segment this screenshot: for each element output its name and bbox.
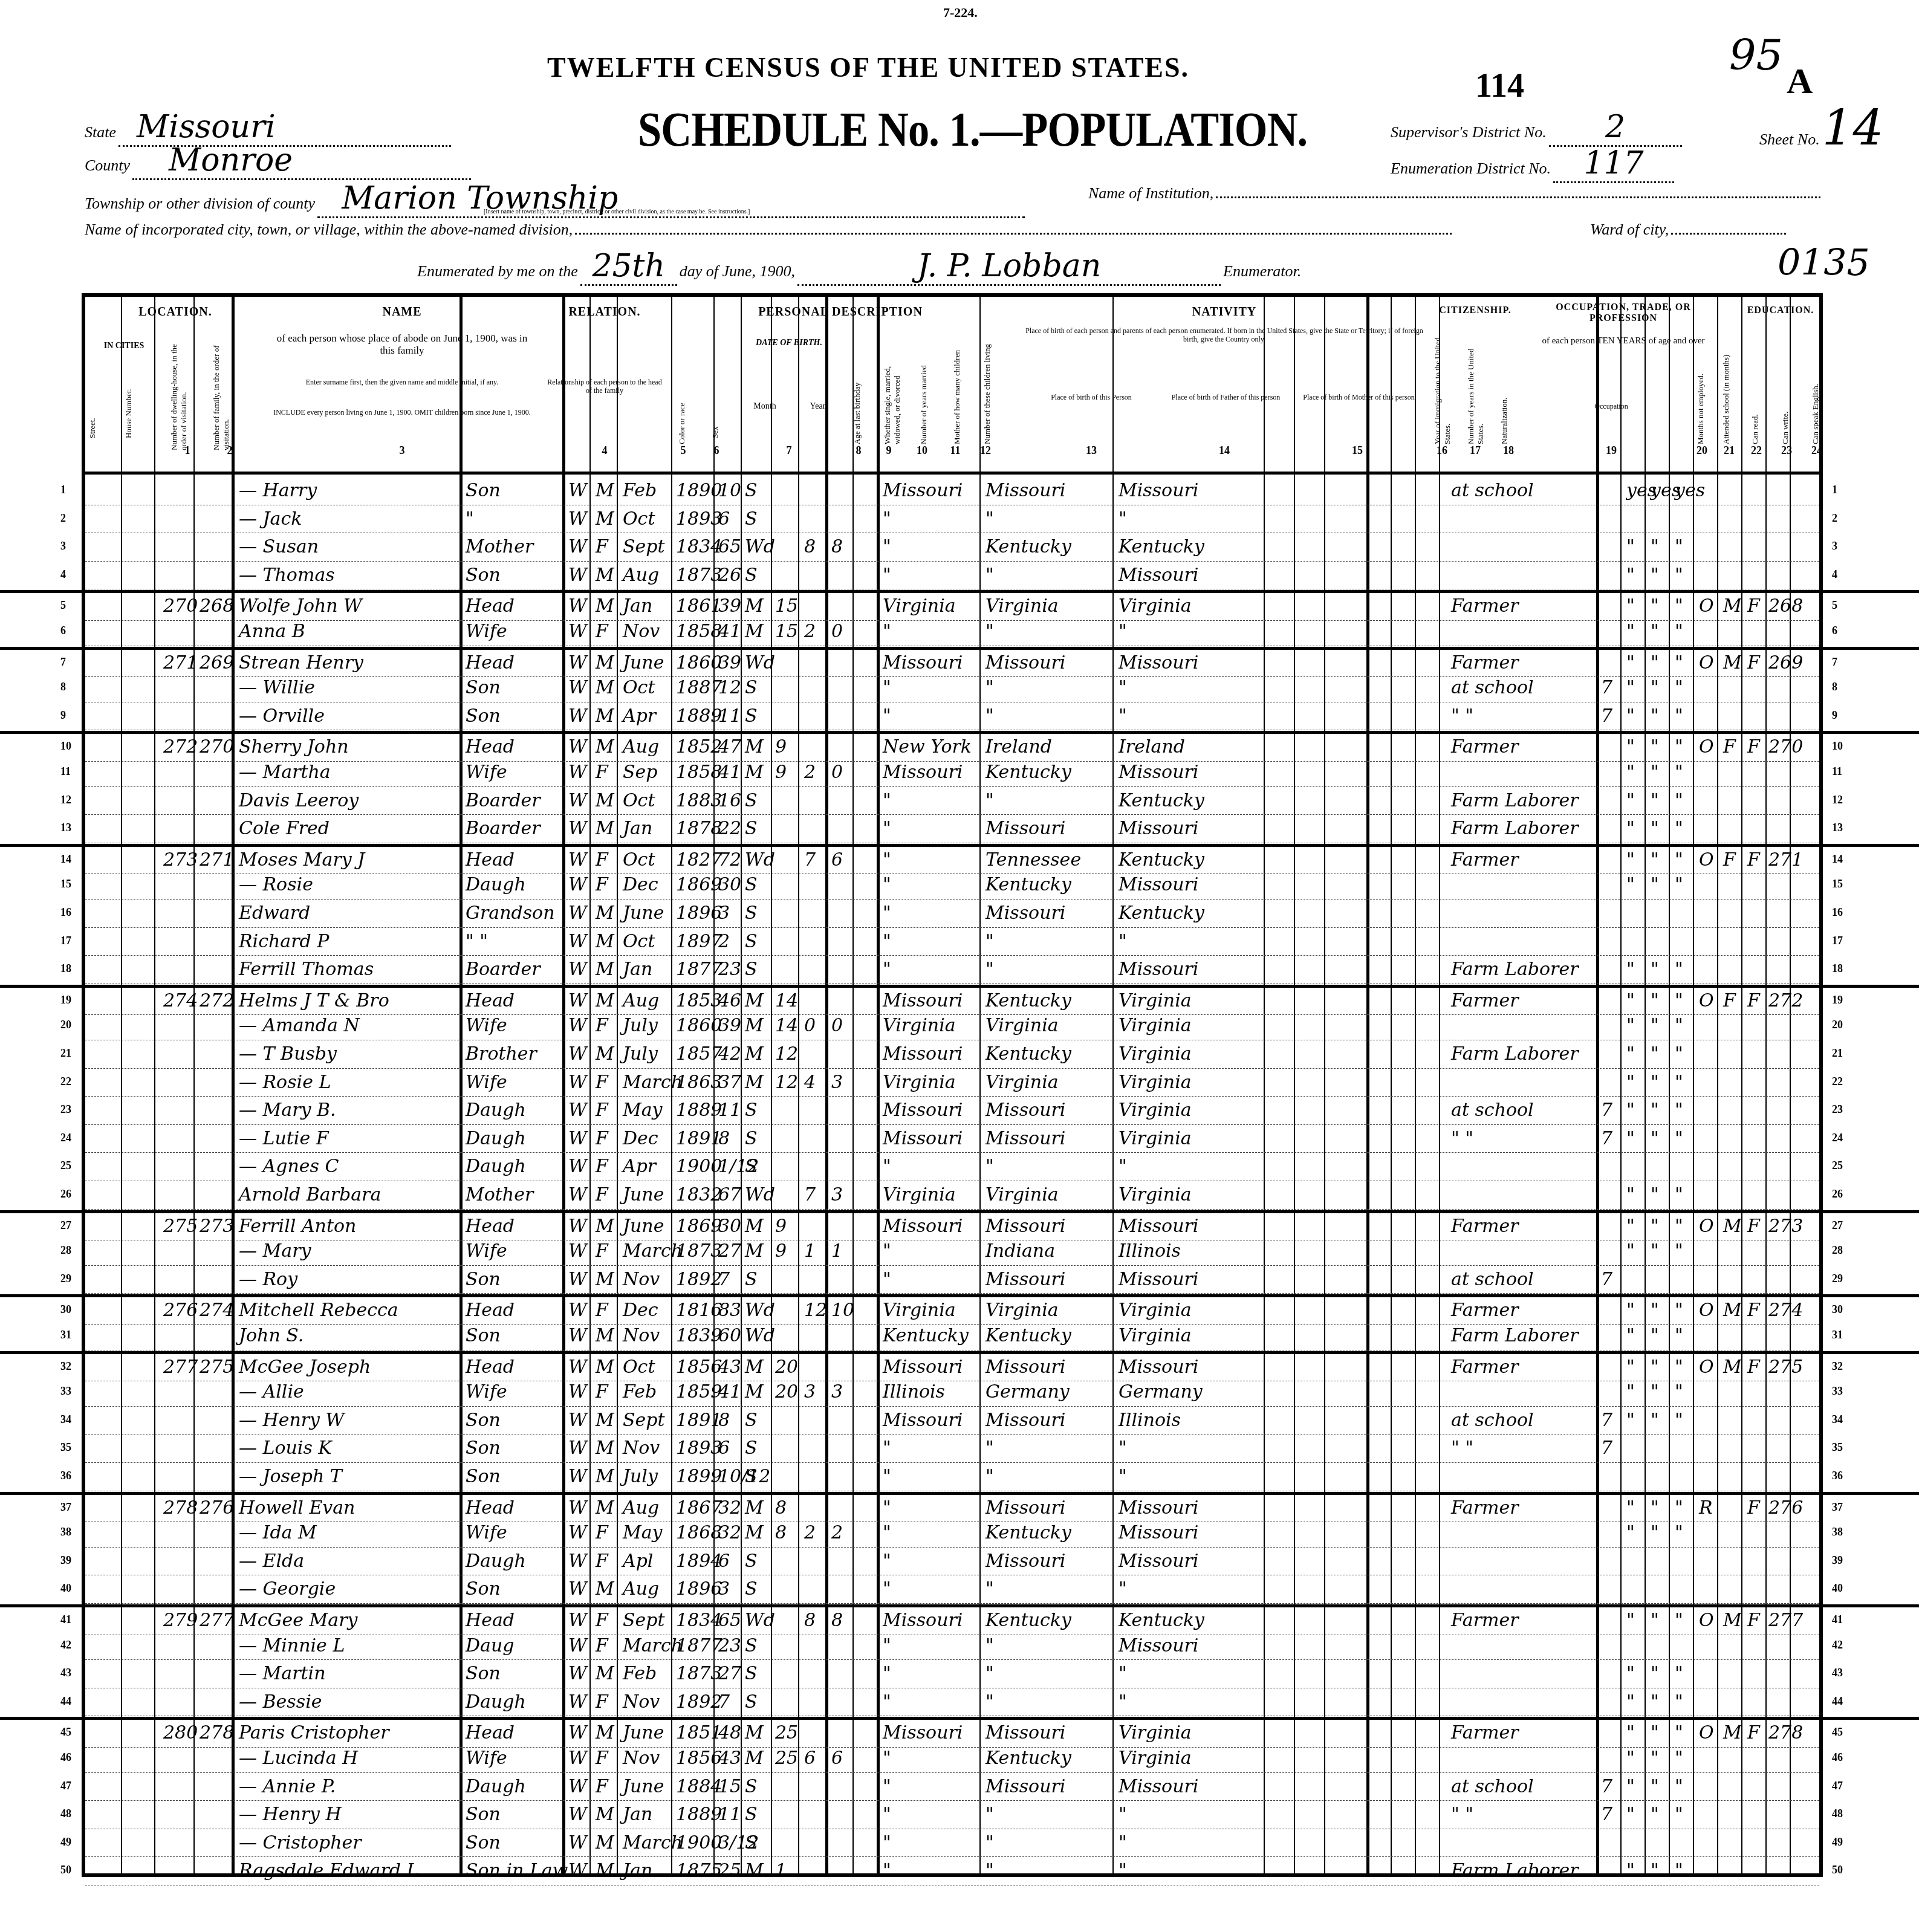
birth-month: March	[623, 1240, 683, 1262]
attended-school: 7	[1601, 705, 1612, 727]
colnum: 13	[1073, 444, 1109, 457]
birthplace-person: Virginia	[883, 1072, 956, 1093]
birth-month: Oct	[623, 1357, 655, 1378]
children-living: 0	[831, 621, 843, 642]
marital-status: M	[745, 1216, 764, 1237]
occupation: " "	[1451, 1438, 1473, 1459]
line-number-right: 27	[1832, 1219, 1843, 1232]
farm-schedule: 268	[1768, 595, 1803, 617]
years-married: 14	[775, 1015, 798, 1036]
birthplace-father: Missouri	[985, 1216, 1065, 1237]
table-row: 14273271Moses Mary JHeadWFOct182772Wd76"…	[0, 844, 1919, 875]
birthplace-mother: "	[1119, 1466, 1127, 1487]
birth-year: 1827	[676, 849, 722, 870]
can-write: "	[1651, 1860, 1659, 1881]
header-occupation-sub: Occupation	[1533, 402, 1690, 410]
line-number-right: 7	[1832, 656, 1837, 669]
can-write: "	[1651, 1015, 1659, 1036]
relation: Wife	[466, 762, 507, 783]
marital-status: Wd	[745, 1325, 775, 1346]
sex: F	[596, 621, 608, 642]
age: 2	[718, 931, 730, 952]
dwelling-number: 274	[163, 990, 198, 1011]
relation: Head	[466, 1722, 515, 1743]
marital-status: S	[745, 1663, 758, 1684]
free-mortgaged: M	[1723, 1216, 1742, 1237]
relation: Head	[466, 1216, 515, 1237]
color: W	[568, 1216, 587, 1237]
line-number: 13	[60, 822, 71, 834]
line-number-right: 16	[1832, 906, 1843, 919]
header-can-speak-english: Can speak English.	[1811, 354, 1820, 444]
birthplace-mother: "	[1119, 1156, 1127, 1177]
birthplace-father: Missouri	[985, 1497, 1065, 1519]
birth-month: Oct	[623, 677, 655, 698]
line-number: 50	[60, 1864, 71, 1876]
line-number: 5	[60, 599, 66, 612]
owned-rented: O	[1699, 990, 1714, 1011]
line-number: 2	[60, 512, 66, 525]
color: W	[568, 652, 587, 673]
birth-year: 1893	[676, 508, 722, 530]
occupation: Farm Laborer	[1451, 959, 1579, 980]
owned-rented: O	[1699, 1300, 1714, 1321]
line-number: 40	[60, 1582, 71, 1595]
enumerated-line: Enumerated by me on the 25th day of June…	[417, 248, 1301, 286]
can-read: "	[1626, 736, 1635, 757]
marital-status: Wd	[745, 652, 775, 673]
line-number-right: 29	[1832, 1272, 1843, 1285]
person-name: — Elda	[239, 1551, 304, 1572]
colnum: 1	[169, 444, 206, 457]
color: W	[568, 1722, 587, 1743]
birthplace-father: Virginia	[985, 595, 1059, 617]
marital-status: M	[745, 1240, 764, 1262]
birth-month: Aug	[623, 1497, 659, 1519]
header-house-number: House Number.	[124, 366, 134, 438]
sex: F	[596, 1156, 608, 1177]
mother-of: 2	[804, 621, 816, 642]
relation: Head	[466, 1610, 515, 1631]
farm-schedule: 278	[1768, 1722, 1803, 1743]
birthplace-father: Kentucky	[985, 1325, 1071, 1346]
relation: Head	[466, 1357, 515, 1378]
birth-year: 1889	[676, 1100, 722, 1121]
person-name: — Amanda N	[239, 1015, 360, 1036]
line-number: 46	[60, 1751, 71, 1764]
colnum: 22	[1744, 444, 1768, 457]
can-read: "	[1626, 565, 1635, 586]
birthplace-mother: Virginia	[1119, 1325, 1192, 1346]
age: 11	[718, 1100, 741, 1121]
birthplace-mother: "	[1119, 1691, 1127, 1713]
can-read: "	[1626, 1748, 1635, 1769]
can-read: "	[1626, 1240, 1635, 1262]
line-number-right: 42	[1832, 1639, 1843, 1652]
can-speak-english: "	[1675, 1804, 1683, 1825]
can-speak-english: "	[1675, 1748, 1683, 1769]
header-name: NAME	[263, 305, 541, 319]
sex: F	[596, 1551, 608, 1572]
line-number-right: 6	[1832, 624, 1837, 637]
age: 16	[718, 790, 741, 811]
colnum: 7	[771, 444, 807, 457]
table-row: 31John S.SonWMNov183960WdKentuckyKentuck…	[0, 1323, 1919, 1351]
colnum: 24	[1805, 444, 1829, 457]
page-number: 95	[1729, 30, 1783, 80]
birthplace-mother: Illinois	[1119, 1240, 1181, 1262]
birthplace-father: "	[985, 1578, 994, 1600]
birthplace-mother: Missouri	[1119, 1497, 1198, 1519]
birthplace-mother: Illinois	[1119, 1410, 1181, 1431]
farm-schedule: 273	[1768, 1216, 1803, 1237]
person-name: — T Busby	[239, 1043, 337, 1065]
relation: Son	[466, 1804, 501, 1825]
can-read: "	[1626, 1691, 1635, 1713]
relation: Son in Law	[466, 1860, 568, 1881]
children-living: 3	[831, 1381, 843, 1402]
relation: Brother	[466, 1043, 537, 1065]
supervisor-district-value: 2	[1549, 109, 1682, 147]
header-in-cities: IN CITIES	[88, 342, 160, 352]
marital-status: S	[745, 931, 758, 952]
person-name: Strean Henry	[239, 652, 363, 673]
birth-month: Aug	[623, 565, 659, 586]
table-row: 33— AllieWifeWFFeb185941M2033IllinoisGer…	[0, 1379, 1919, 1407]
age: 46	[718, 990, 741, 1011]
age: 37	[718, 1072, 741, 1093]
sex: M	[596, 990, 614, 1011]
birth-month: Jan	[623, 595, 652, 617]
birthplace-mother: "	[1119, 621, 1127, 642]
marital-status: M	[745, 1015, 764, 1036]
birthplace-mother: Kentucky	[1119, 849, 1204, 870]
table-row: 18Ferrill ThomasBoarderWMJan187723S""Mis…	[0, 956, 1919, 985]
age: 22	[718, 818, 741, 839]
sex: M	[596, 1832, 614, 1853]
birth-year: 1899	[676, 1466, 722, 1487]
supervisor-field: Supervisor's District No. 2	[1391, 109, 1682, 147]
mother-of: 12	[804, 1300, 827, 1321]
occupation: at school	[1451, 677, 1534, 698]
person-name: — Louis K	[239, 1438, 332, 1459]
line-number-right: 49	[1832, 1836, 1843, 1849]
birth-year: 1856	[676, 1748, 722, 1769]
color: W	[568, 565, 587, 586]
line-number-right: 1	[1832, 484, 1837, 496]
line-number: 44	[60, 1695, 71, 1708]
owned-rented: O	[1699, 1610, 1714, 1631]
occupation: Farm Laborer	[1451, 1043, 1579, 1065]
table-row: 47— Annie P.DaughWFJune188415S"MissouriM…	[0, 1774, 1919, 1802]
relation: Son	[466, 1269, 501, 1290]
person-name: Edward	[239, 903, 310, 924]
city-field: Name of incorporated city, town, or vill…	[85, 221, 1452, 239]
birthplace-person: "	[883, 959, 891, 980]
color: W	[568, 480, 587, 501]
birth-year: 1883	[676, 790, 722, 811]
attended-school: 7	[1601, 1804, 1612, 1825]
line-number-right: 24	[1832, 1132, 1843, 1144]
relation: Son	[466, 1663, 501, 1684]
dwelling-number: 277	[163, 1357, 198, 1378]
birthplace-person: Missouri	[883, 990, 963, 1011]
row-rule	[85, 899, 1819, 900]
marital-status: S	[745, 565, 758, 586]
table-row: 40— GeorgieSonWMAug18963S"""40	[0, 1576, 1919, 1604]
age: 41	[718, 1381, 741, 1402]
birthplace-mother: Virginia	[1119, 1100, 1192, 1121]
relation: " "	[466, 931, 488, 952]
birthplace-father: Virginia	[985, 1300, 1059, 1321]
dwelling-number: 276	[163, 1300, 198, 1321]
person-name: — Susan	[239, 536, 319, 557]
relation: Grandson	[466, 903, 555, 924]
relation: Head	[466, 652, 515, 673]
mother-of: 2	[804, 762, 816, 783]
age: 43	[718, 1357, 741, 1378]
can-write: "	[1651, 790, 1659, 811]
birthplace-person: "	[883, 1691, 891, 1713]
township-note: [Insert name of township, town, precinct…	[484, 209, 750, 215]
line-number-right: 22	[1832, 1075, 1843, 1088]
age: 42	[718, 1043, 741, 1065]
person-name: Mitchell Rebecca	[239, 1300, 398, 1321]
birth-month: Dec	[623, 1300, 658, 1321]
person-name: — Rosie	[239, 874, 313, 895]
birth-month: Sep	[623, 762, 658, 783]
line-number: 23	[60, 1103, 71, 1116]
color: W	[568, 1410, 587, 1431]
can-read: "	[1626, 1804, 1635, 1825]
can-write: "	[1651, 1722, 1659, 1743]
table-row: 23— Mary B.DaughWFMay188911SMissouriMiss…	[0, 1097, 1919, 1126]
relation: Daugh	[466, 1551, 526, 1572]
age: 8	[718, 1410, 730, 1431]
line-number-right: 23	[1832, 1103, 1843, 1116]
birthplace-person: "	[883, 1466, 891, 1487]
farm-schedule: 274	[1768, 1300, 1803, 1321]
row-rule	[85, 843, 1819, 843]
color: W	[568, 762, 587, 783]
relation: Boarder	[466, 790, 541, 811]
can-read: "	[1626, 1300, 1635, 1321]
dwelling-number: 275	[163, 1216, 198, 1237]
birthplace-father: Missouri	[985, 1776, 1065, 1797]
birthplace-person: "	[883, 705, 891, 727]
farm-house: F	[1747, 1357, 1760, 1378]
person-name: — Rosie L	[239, 1072, 331, 1093]
sex: M	[596, 903, 614, 924]
birth-month: March	[623, 1832, 683, 1853]
can-speak-english: "	[1675, 1722, 1683, 1743]
occupation: Farmer	[1451, 1497, 1519, 1519]
line-number: 47	[60, 1780, 71, 1792]
age: 48	[718, 1722, 741, 1743]
marital-status: Wd	[745, 1184, 775, 1205]
birth-year: 1900	[676, 1156, 722, 1177]
birthplace-person: Missouri	[883, 1043, 963, 1065]
birth-month: Aug	[623, 736, 659, 757]
birth-year: 1891	[676, 1410, 722, 1431]
children-living: 2	[831, 1522, 843, 1543]
birth-year: 1851	[676, 1722, 722, 1743]
owned-rented: O	[1699, 736, 1714, 757]
schedule-title: SCHEDULE No. 1.—POPULATION.	[638, 103, 1307, 158]
age: 6	[718, 1438, 730, 1459]
owned-rented: O	[1699, 595, 1714, 617]
occupation: Farm Laborer	[1451, 818, 1579, 839]
line-number-right: 20	[1832, 1019, 1843, 1031]
birthplace-father: Kentucky	[985, 1748, 1071, 1769]
sex: M	[596, 1497, 614, 1519]
dwelling-number: 272	[163, 736, 198, 757]
birth-year: 1897	[676, 931, 722, 952]
can-write: "	[1651, 1216, 1659, 1237]
birthplace-father: Missouri	[985, 1551, 1065, 1572]
table-row: 32277275McGee JosephHeadWMOct185643M20Mi…	[0, 1351, 1919, 1383]
can-write: "	[1651, 1325, 1659, 1346]
birthplace-person: "	[883, 565, 891, 586]
marital-status: M	[745, 990, 764, 1011]
birthplace-person: "	[883, 1776, 891, 1797]
age: 26	[718, 565, 741, 586]
can-write: "	[1651, 1748, 1659, 1769]
can-read: "	[1626, 1072, 1635, 1093]
person-name: — Lucinda H	[239, 1748, 358, 1769]
header-age: Age at last birthday	[852, 354, 862, 444]
header-occupation-desc: of each person TEN YEARS of age and over	[1533, 336, 1714, 346]
birthplace-mother: Virginia	[1119, 1015, 1192, 1036]
header-nativity-desc: Place of birth of each person and parent…	[1025, 326, 1424, 344]
header-attended-school: Attended school (in months)	[1721, 336, 1731, 444]
birth-month: Apr	[623, 1156, 656, 1177]
county-value: Monroe	[132, 142, 471, 180]
dwelling-number: 273	[163, 849, 198, 870]
line-number-right: 15	[1832, 878, 1843, 890]
children-living: 8	[831, 536, 843, 557]
birthplace-person: Virginia	[883, 1015, 956, 1036]
birth-month: Apr	[623, 705, 656, 727]
header-name-instr2: INCLUDE every person living on June 1, 1…	[269, 408, 535, 417]
age: 7	[718, 1269, 730, 1290]
table-row: 19274272Helms J T & BroHeadWMAug185346M1…	[0, 985, 1919, 1016]
can-speak-english: "	[1675, 595, 1683, 617]
marital-status: M	[745, 736, 764, 757]
person-name: John S.	[239, 1325, 304, 1346]
can-read: "	[1626, 1100, 1635, 1121]
family-number: 268	[200, 595, 234, 617]
can-read: "	[1626, 1776, 1635, 1797]
ward-value	[1671, 233, 1786, 235]
attended-school: 7	[1601, 1410, 1612, 1431]
family-number: 274	[200, 1300, 234, 1321]
birth-month: Sept	[623, 1410, 665, 1431]
birthplace-mother: "	[1119, 931, 1127, 952]
birthplace-person: "	[883, 903, 891, 924]
family-number: 273	[200, 1216, 234, 1237]
birth-year: 1894	[676, 1551, 722, 1572]
free-mortgaged: F	[1723, 990, 1736, 1011]
birth-month: Oct	[623, 931, 655, 952]
person-name: — Georgie	[239, 1578, 336, 1600]
farm-house: F	[1747, 1497, 1760, 1519]
county-field: County Monroe	[85, 142, 472, 180]
sex: M	[596, 1216, 614, 1237]
colnum: 17	[1460, 444, 1490, 457]
colnum: 2	[212, 444, 248, 457]
sex: M	[596, 1269, 614, 1290]
children-living: 10	[831, 1300, 854, 1321]
children-living: 1	[831, 1240, 843, 1262]
farm-house: F	[1747, 652, 1760, 673]
mother-of: 0	[804, 1015, 816, 1036]
birthplace-father: "	[985, 1635, 994, 1656]
birth-year: 1868	[676, 1522, 722, 1543]
sex: F	[596, 1691, 608, 1713]
birthplace-person: "	[883, 1832, 891, 1853]
farm-schedule: 269	[1768, 652, 1803, 673]
line-number: 22	[60, 1075, 71, 1088]
occupation: " "	[1451, 705, 1473, 727]
can-speak-english: "	[1675, 1860, 1683, 1881]
table-row: 20— Amanda NWifeWFJuly186039M1400Virgini…	[0, 1013, 1919, 1041]
row-rule	[85, 589, 1819, 589]
years-married: 25	[775, 1722, 798, 1743]
farm-schedule: 275	[1768, 1357, 1803, 1378]
person-name: — Mary B.	[239, 1100, 336, 1121]
ward-field: Ward of city,	[1590, 221, 1786, 239]
relation: "	[466, 508, 474, 530]
person-name: Arnold Barbara	[239, 1184, 381, 1205]
color: W	[568, 1466, 587, 1487]
state-label: State	[85, 123, 116, 141]
sex: F	[596, 1240, 608, 1262]
marital-status: S	[745, 1691, 758, 1713]
line-number: 33	[60, 1385, 71, 1398]
birthplace-father: "	[985, 705, 994, 727]
age: 30	[718, 874, 741, 895]
table-row: 34— Henry WSonWMSept18918SMissouriMissou…	[0, 1407, 1919, 1436]
birthplace-person: "	[883, 1748, 891, 1769]
sex: M	[596, 1325, 614, 1346]
birthplace-person: "	[883, 1578, 891, 1600]
table-row: 3— SusanMotherWFSept183465Wd88"KentuckyK…	[0, 534, 1919, 562]
marital-status: S	[745, 1438, 758, 1459]
birth-month: June	[623, 1722, 664, 1743]
row-rule	[85, 1406, 1819, 1407]
birth-year: 1896	[676, 1578, 722, 1600]
marital-status: S	[745, 1776, 758, 1797]
marital-status: S	[745, 1100, 758, 1121]
birthplace-person: Missouri	[883, 1357, 963, 1378]
line-number-right: 10	[1832, 740, 1843, 753]
marital-status: S	[745, 1410, 758, 1431]
relation: Daugh	[466, 1128, 526, 1149]
birthplace-person: "	[883, 1156, 891, 1177]
dwelling-number: 270	[163, 595, 198, 617]
row-rule	[85, 1293, 1819, 1294]
birthplace-mother: Virginia	[1119, 1072, 1192, 1093]
birthplace-mother: Missouri	[1119, 959, 1198, 980]
color: W	[568, 1776, 587, 1797]
birthplace-father: "	[985, 1691, 994, 1713]
table-row: 42— Minnie LDaugWFMarch187723S""Missouri…	[0, 1633, 1919, 1661]
color: W	[568, 677, 587, 698]
birthplace-person: Missouri	[883, 1216, 963, 1237]
line-number: 37	[60, 1501, 71, 1514]
line-number-right: 2	[1832, 512, 1837, 525]
